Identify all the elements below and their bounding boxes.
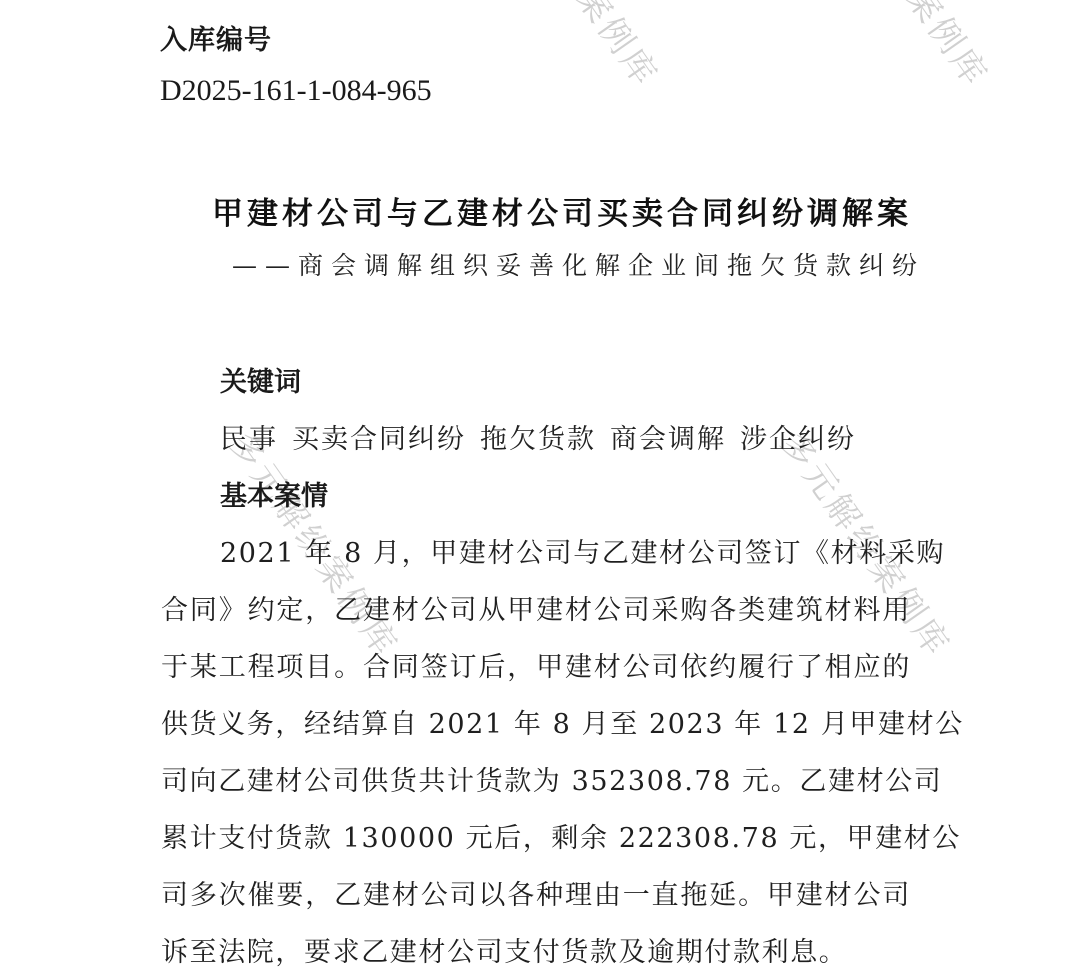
watermark-top-right: 多元解纷案例库 (810, 0, 1003, 96)
body-line: 司向乙建材公司供货共计货款为 352308.78 元。乙建材公司 (161, 759, 911, 798)
body-line: 诉至法院，要求乙建材公司支付货款及逾期付款利息。 (161, 930, 911, 969)
watermark-top-left: 多元解纷案例库 (480, 0, 673, 96)
body-line: 合同》约定，乙建材公司从甲建材公司采购各类建筑材料用 (161, 588, 911, 627)
keyword: 拖欠货款 (480, 424, 596, 455)
keywords-list: 民事买卖合同纠纷拖欠货款商会调解涉企纠纷 (220, 417, 870, 456)
document-page: 多元解纷案例库 多元解纷案例库 多元解纷案例库 多元解纷案例库 入库编号 D20… (0, 0, 1080, 974)
archive-number-label: 入库编号 (160, 18, 272, 57)
body-line: 累计支付货款 130000 元后，剩余 222308.78 元，甲建材公 (161, 816, 911, 855)
case-title: 甲建材公司与乙建材公司买卖合同纠纷调解案 (212, 188, 912, 233)
keyword: 买卖合同纠纷 (292, 424, 466, 455)
body-line: 于某工程项目。合同签订后，甲建材公司依约履行了相应的 (161, 645, 911, 684)
body-line: 司多次催要，乙建材公司以各种理由一直拖延。甲建材公司 (161, 873, 911, 912)
keywords-heading: 关键词 (220, 360, 301, 399)
keyword: 商会调解 (610, 424, 726, 455)
body-line: 2021 年 8 月，甲建材公司与乙建材公司签订《材料采购 (220, 531, 910, 570)
case-subtitle: ——商会调解组织妥善化解企业间拖欠货款纠纷 (232, 246, 925, 282)
keyword: 民事 (220, 424, 278, 455)
keyword: 涉企纠纷 (740, 424, 856, 455)
archive-number: D2025-161-1-084-965 (160, 74, 432, 108)
basic-facts-heading: 基本案情 (220, 474, 328, 513)
body-line: 供货义务，经结算自 2021 年 8 月至 2023 年 12 月甲建材公 (161, 702, 911, 741)
